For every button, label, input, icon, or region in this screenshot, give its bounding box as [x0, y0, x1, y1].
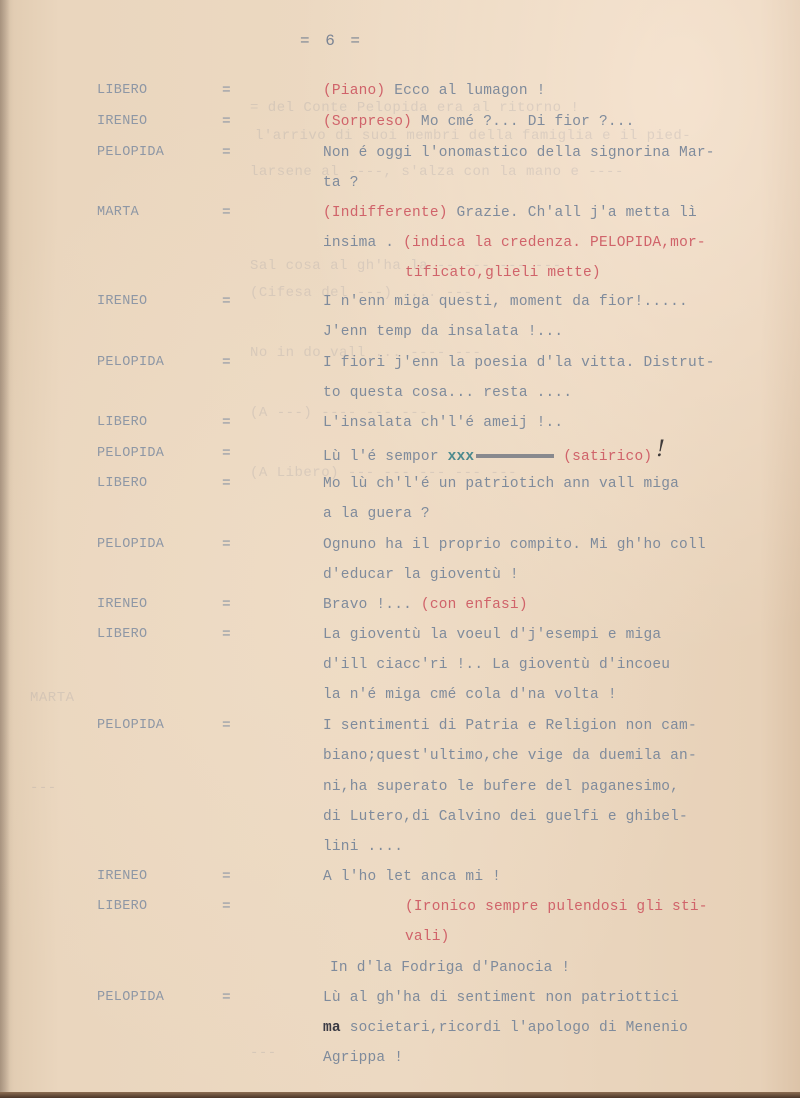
speaker-name: IRENEO: [97, 866, 147, 888]
script-line: tificato,glieli mette): [0, 262, 800, 284]
dialogue-text: A l'ho let anca mi !: [323, 866, 501, 888]
speaker-name: IRENEO: [97, 594, 147, 616]
speaker-name: PELOPIDA: [97, 534, 164, 556]
dialogue-text: In d'la Fodriga d'Panocia !: [330, 957, 570, 979]
dialogue-text: I fiori j'enn la poesia d'la vitta. Dist…: [323, 352, 715, 374]
dialogue-content: Grazie. Ch'all j'a metta lì: [448, 205, 697, 221]
script-line: IRENEO=A l'ho let anca mi !: [0, 866, 800, 888]
stage-direction: (indica la credenza. PELOPIDA,mor-: [403, 235, 706, 251]
speaker-separator: =: [222, 202, 231, 224]
script-line: PELOPIDA=Non é oggi l'onomastico della s…: [0, 142, 800, 164]
dialogue-content: lini ....: [323, 839, 403, 855]
speaker-separator: =: [222, 866, 231, 888]
dialogue-content: d'educar la gioventù !: [323, 567, 519, 583]
speaker-name: LIBERO: [97, 80, 147, 102]
speaker-separator: =: [222, 534, 231, 556]
page-bottom-edge: [0, 1092, 800, 1098]
dialogue-content: d'ill ciacc'ri !.. La gioventù d'incoeu: [323, 657, 670, 673]
dialogue-content: biano;quest'ultimo,che vige da duemila a…: [323, 748, 697, 764]
script-line: MARTA=(Indifferente) Grazie. Ch'all j'a …: [0, 202, 800, 224]
dialogue-text: ta ?: [323, 172, 359, 194]
script-line: PELOPIDA=Ognuno ha il proprio compito. M…: [0, 534, 800, 556]
script-line: insima . (indica la credenza. PELOPIDA,m…: [0, 232, 800, 254]
dialogue-text: la n'é miga cmé cola d'na volta !: [323, 684, 617, 706]
dialogue-text: di Lutero,di Calvino dei guelfi e ghibel…: [323, 806, 688, 828]
dialogue-content: a la guera ?: [323, 506, 430, 522]
dialogue-text: I sentimenti di Patria e Religion non ca…: [323, 715, 697, 737]
dialogue-content: Agrippa !: [323, 1050, 403, 1066]
dialogue-content: la n'é miga cmé cola d'na volta !: [323, 687, 617, 703]
speaker-separator: =: [222, 896, 231, 918]
dialogue-text: a la guera ?: [323, 503, 430, 525]
dialogue-text: I n'enn miga questi, moment da fior!....…: [323, 291, 688, 313]
stage-direction: tificato,glieli mette): [405, 265, 601, 281]
page-number: = 6 =: [300, 32, 363, 50]
speaker-name: LIBERO: [97, 896, 147, 918]
speaker-separator: =: [222, 352, 231, 374]
script-line: vali): [0, 926, 800, 948]
dialogue-text: (Ironico sempre pulendosi gli sti-: [405, 896, 708, 918]
dialogue-content: I sentimenti di Patria e Religion non ca…: [323, 718, 697, 734]
script-line: LIBERO=(Ironico sempre pulendosi gli sti…: [0, 896, 800, 918]
dialogue-content: J'enn temp da insalata !...: [323, 324, 563, 340]
dialogue-content: I n'enn miga questi, moment da fior!....…: [323, 294, 688, 310]
speaker-name: LIBERO: [97, 624, 147, 646]
dialogue-text: Mo lù ch'l'é un patriotich ann vall miga: [323, 473, 679, 495]
script-line: LIBERO=Mo lù ch'l'é un patriotich ann va…: [0, 473, 800, 495]
speaker-separator: =: [222, 412, 231, 434]
script-line: PELOPIDA=I fiori j'enn la poesia d'la vi…: [0, 352, 800, 374]
dialogue-text: biano;quest'ultimo,che vige da duemila a…: [323, 745, 697, 767]
struck-text: xxx: [448, 449, 475, 465]
script-line: biano;quest'ultimo,che vige da duemila a…: [0, 745, 800, 767]
script-line: IRENEO=Bravo !... (con enfasi): [0, 594, 800, 616]
dialogue-text: La gioventù la voeul d'j'esempi e miga: [323, 624, 661, 646]
dialogue-text: Lù al gh'ha di sentiment non patriottici: [323, 987, 679, 1009]
stage-direction: (Sorpreso): [323, 114, 412, 130]
dialogue-content: A l'ho let anca mi !: [323, 869, 501, 885]
dialogue-text: Ognuno ha il proprio compito. Mi gh'ho c…: [323, 534, 706, 556]
dialogue-content: Mo lù ch'l'é un patriotich ann vall miga: [323, 476, 679, 492]
dialogue-text: insima . (indica la credenza. PELOPIDA,m…: [323, 232, 706, 254]
speaker-name: PELOPIDA: [97, 715, 164, 737]
dialogue-text: Bravo !... (con enfasi): [323, 594, 528, 616]
stage-direction: (con enfasi): [421, 597, 528, 613]
handwritten-mark: !: [656, 437, 665, 462]
dialogue-content: insima .: [323, 235, 403, 251]
dialogue-content: Lù l'é sempor: [323, 449, 448, 465]
speaker-separator: =: [222, 624, 231, 646]
script-line: PELOPIDA=I sentimenti di Patria e Religi…: [0, 715, 800, 737]
speaker-separator: =: [222, 443, 231, 465]
overtyped-word: ma: [323, 1020, 341, 1036]
speaker-name: IRENEO: [97, 291, 147, 313]
dialogue-content: Bravo !...: [323, 597, 421, 613]
speaker-separator: =: [222, 80, 231, 102]
strikethrough-bar: [476, 454, 554, 458]
dialogue-content: I fiori j'enn la poesia d'la vitta. Dist…: [323, 355, 715, 371]
dialogue-text: d'educar la gioventù !: [323, 564, 519, 586]
dialogue-content: Lù al gh'ha di sentiment non patriottici: [323, 990, 679, 1006]
dialogue-text: lini ....: [323, 836, 403, 858]
stage-direction: (Piano): [323, 83, 385, 99]
dialogue-content: Ecco al lumagon !: [385, 83, 545, 99]
script-line: Agrippa !: [0, 1047, 800, 1069]
dialogue-text: (Indifferente) Grazie. Ch'all j'a metta …: [323, 202, 697, 224]
stage-direction: (Ironico sempre pulendosi gli sti-: [405, 899, 708, 915]
dialogue-text: d'ill ciacc'ri !.. La gioventù d'incoeu: [323, 654, 670, 676]
speaker-separator: =: [222, 291, 231, 313]
script-line: lini ....: [0, 836, 800, 858]
dialogue-content: di Lutero,di Calvino dei guelfi e ghibel…: [323, 809, 688, 825]
script-line: d'ill ciacc'ri !.. La gioventù d'incoeu: [0, 654, 800, 676]
script-line: IRENEO=(Sorpreso) Mo cmé ?... Di fior ?.…: [0, 111, 800, 133]
speaker-name: PELOPIDA: [97, 443, 164, 465]
dialogue-content: La gioventù la voeul d'j'esempi e miga: [323, 627, 661, 643]
dialogue-text: (Sorpreso) Mo cmé ?... Di fior ?...: [323, 111, 635, 133]
dialogue-text: Non é oggi l'onomastico della signorina …: [323, 142, 715, 164]
dialogue-text: Agrippa !: [323, 1047, 403, 1069]
dialogue-content: In d'la Fodriga d'Panocia !: [330, 960, 570, 976]
script-line: di Lutero,di Calvino dei guelfi e ghibel…: [0, 806, 800, 828]
dialogue-content: L'insalata ch'l'é ameij !..: [323, 415, 563, 431]
speaker-name: LIBERO: [97, 473, 147, 495]
script-line: In d'la Fodriga d'Panocia !: [0, 957, 800, 979]
dialogue-text: ma societari,ricordi l'apologo di Meneni…: [323, 1017, 688, 1039]
dialogue-content: Ognuno ha il proprio compito. Mi gh'ho c…: [323, 537, 706, 553]
dialogue-text: (Piano) Ecco al lumagon !: [323, 80, 546, 102]
dialogue-text: ni,ha superato le bufere del paganesimo,: [323, 776, 679, 798]
dialogue-text: tificato,glieli mette): [405, 262, 601, 284]
script-line: PELOPIDA=Lù al gh'ha di sentiment non pa…: [0, 987, 800, 1009]
script-line: IRENEO=I n'enn miga questi, moment da fi…: [0, 291, 800, 313]
dialogue-text: vali): [405, 926, 450, 948]
script-line: la n'é miga cmé cola d'na volta !: [0, 684, 800, 706]
script-line: to questa cosa... resta ....: [0, 382, 800, 404]
speaker-name: LIBERO: [97, 412, 147, 434]
speaker-name: MARTA: [97, 202, 139, 224]
speaker-name: IRENEO: [97, 111, 147, 133]
script-line: ma societari,ricordi l'apologo di Meneni…: [0, 1017, 800, 1039]
dialogue-text: J'enn temp da insalata !...: [323, 321, 563, 343]
dialogue-content: to questa cosa... resta ....: [323, 385, 572, 401]
speaker-separator: =: [222, 111, 231, 133]
script-line: LIBERO=(Piano) Ecco al lumagon !: [0, 80, 800, 102]
stage-direction: (Indifferente): [323, 205, 448, 221]
script-line: a la guera ?: [0, 503, 800, 525]
dialogue-text: Lù l'é sempor xxx (satirico)!: [323, 443, 661, 468]
dialogue-content: ta ?: [323, 175, 359, 191]
script-line: LIBERO=L'insalata ch'l'é ameij !..: [0, 412, 800, 434]
stage-direction: vali): [405, 929, 450, 945]
dialogue-content: Non é oggi l'onomastico della signorina …: [323, 145, 715, 161]
script-line: ta ?: [0, 172, 800, 194]
speaker-name: PELOPIDA: [97, 142, 164, 164]
dialogue-content: ni,ha superato le bufere del paganesimo,: [323, 779, 679, 795]
script-line: PELOPIDA=Lù l'é sempor xxx (satirico)!: [0, 443, 800, 465]
script-line: J'enn temp da insalata !...: [0, 321, 800, 343]
script-line: ni,ha superato le bufere del paganesimo,: [0, 776, 800, 798]
stage-direction: (satirico): [563, 449, 652, 465]
speaker-separator: =: [222, 715, 231, 737]
dialogue-content: Mo cmé ?... Di fior ?...: [412, 114, 635, 130]
script-line: LIBERO=La gioventù la voeul d'j'esempi e…: [0, 624, 800, 646]
speaker-name: PELOPIDA: [97, 352, 164, 374]
speaker-separator: =: [222, 473, 231, 495]
dialogue-content: societari,ricordi l'apologo di Menenio: [341, 1020, 688, 1036]
dialogue-text: L'insalata ch'l'é ameij !..: [323, 412, 563, 434]
dialogue-text: to questa cosa... resta ....: [323, 382, 572, 404]
speaker-separator: =: [222, 987, 231, 1009]
speaker-separator: =: [222, 142, 231, 164]
script-line: d'educar la gioventù !: [0, 564, 800, 586]
speaker-separator: =: [222, 594, 231, 616]
speaker-name: PELOPIDA: [97, 987, 164, 1009]
